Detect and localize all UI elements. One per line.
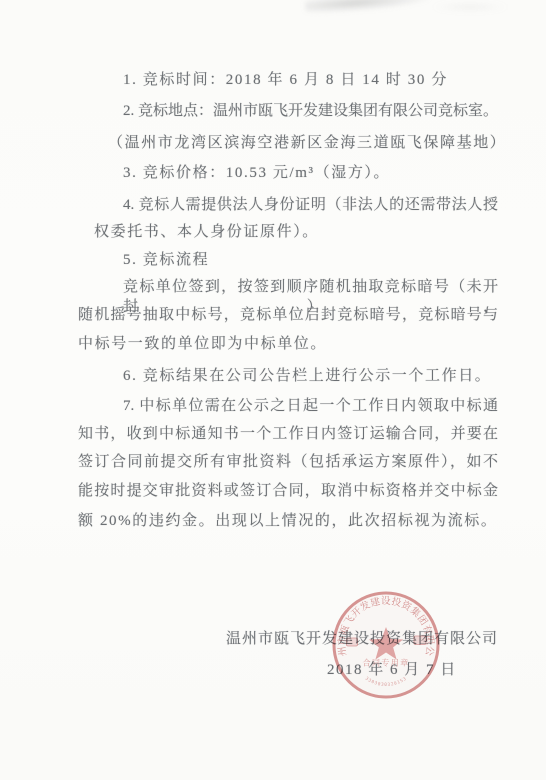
document-line: 知书，收到中标通知书一个工作日内签订运输合同，并要在 (78, 424, 498, 446)
document-line: 4. 竞标人需提供法人身份证明（非法人的还需带法人授 (78, 195, 498, 217)
document-line: 额 20%的违约金。出现以上情况的，此次招标视为流标。 (78, 511, 498, 533)
document-line: （温州市龙湾区滨海空港新区金海三道瓯飞保障基地） (78, 133, 528, 155)
document-line: 7. 中标单位需在公示之日起一个工作日内领取中标通 (78, 396, 498, 418)
document-line: 5. 竞标流程 (78, 250, 498, 272)
document-line: 6. 竞标结果在公司公告栏上进行公示一个工作日。 (78, 366, 498, 388)
document-line: 中标号一致的单位即为中标单位。 (78, 334, 498, 356)
document-line: 2. 竞标地点：温州市瓯飞开发建设集团有限公司竞标室。 (78, 101, 498, 123)
document-line: 3. 竞标价格：10.53 元/m³（湿方）。 (78, 163, 498, 185)
signature-date: 2018 年 6 月 7 日 (327, 658, 457, 679)
document-line: 签订合同前提交所有审批资料（包括承运方案原件），如不 (78, 452, 498, 474)
document-line: 权委托书、本人身份证原件）。 (78, 222, 514, 244)
scan-smudge-soft (430, 2, 510, 12)
scan-smudge (305, 0, 431, 14)
document-line: 1. 竞标时间：2018 年 6 月 8 日 14 时 30 分 (78, 70, 498, 92)
scanned-document-page: 1. 竞标时间：2018 年 6 月 8 日 14 时 30 分 2. 竞标地点… (0, 0, 546, 780)
signature-company: 温州市瓯飞开发建设投资集团有限公司 (226, 627, 498, 648)
document-line: 能按时提交审批资料或签订合同，取消中标资格并交中标金 (78, 481, 498, 503)
document-line: 随机摇号抽取中标号，竞标单位启封竞标暗号，竞标暗号与 (78, 305, 498, 327)
document-line: 竞标单位签到，按签到顺序随机抽取竞标暗号（未开封）， (78, 277, 498, 299)
